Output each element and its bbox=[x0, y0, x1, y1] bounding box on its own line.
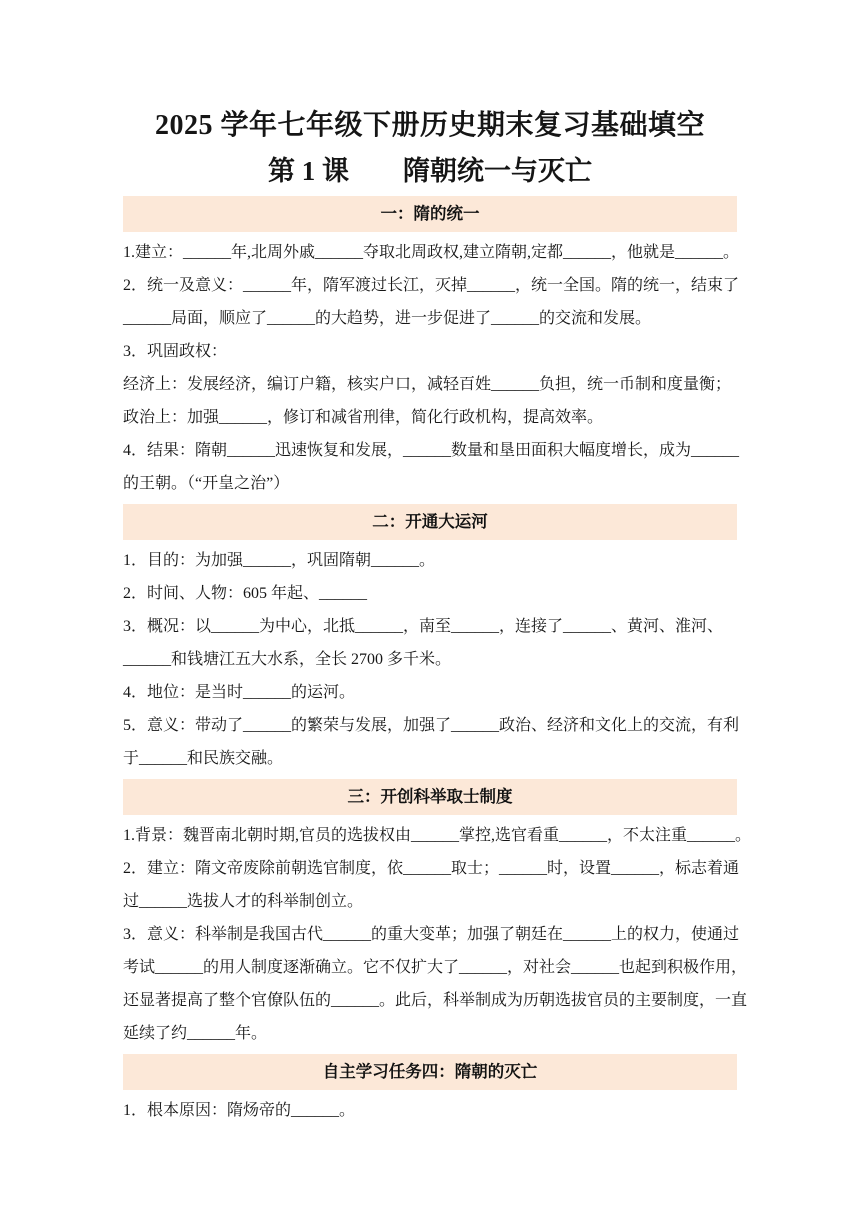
section-header-imperial-exam: 三：开创科举取士制度 bbox=[123, 779, 737, 815]
text-line: 1．目的：为加强______，巩固隋朝______。 bbox=[123, 544, 737, 577]
section-header-sui-fall: 自主学习任务四：隋朝的灭亡 bbox=[123, 1054, 737, 1090]
text-line: 延续了约______年。 bbox=[123, 1017, 737, 1050]
section-header-grand-canal: 二：开通大运河 bbox=[123, 504, 737, 540]
text-line: 1.背景：魏晋南北朝时期,官员的选拔权由______掌控,选官看重______，… bbox=[123, 819, 737, 852]
text-line: 过______选拔人才的科举制创立。 bbox=[123, 885, 737, 918]
section-header-sui-unification: 一：隋的统一 bbox=[123, 196, 737, 232]
text-line: 2．建立：隋文帝废除前朝选官制度，依______取士；______时，设置___… bbox=[123, 852, 737, 885]
page-title: 2025 学年七年级下册历史期末复习基础填空 bbox=[123, 104, 737, 148]
text-line: 5．意义：带动了______的繁荣与发展，加强了______政治、经济和文化上的… bbox=[123, 709, 737, 742]
text-line: 3．概况：以______为中心，北抵______，南至______，连接了___… bbox=[123, 610, 737, 643]
text-line: 3．巩固政权： bbox=[123, 335, 737, 368]
text-line: 还显著提高了整个官僚队伍的______。此后，科举制成为历朝选拔官员的主要制度，… bbox=[123, 984, 737, 1017]
page-subtitle: 第 1 课 隋朝统一与灭亡 bbox=[123, 148, 737, 194]
text-line: 4．结果：隋朝______迅速恢复和发展，______数量和垦田面积大幅度增长，… bbox=[123, 434, 737, 467]
text-line: 考试______的用人制度逐渐确立。它不仅扩大了______，对社会______… bbox=[123, 951, 737, 984]
section-body-imperial-exam: 1.背景：魏晋南北朝时期,官员的选拔权由______掌控,选官看重______，… bbox=[123, 815, 737, 1052]
text-line: 4．地位：是当时______的运河。 bbox=[123, 676, 737, 709]
text-line: 2．时间、人物：605 年起、______ bbox=[123, 577, 737, 610]
document-content: 2025 学年七年级下册历史期末复习基础填空 第 1 课 隋朝统一与灭亡 一：隋… bbox=[123, 104, 737, 1129]
document-page: 2025 学年七年级下册历史期末复习基础填空 第 1 课 隋朝统一与灭亡 一：隋… bbox=[0, 0, 860, 1216]
text-line: 1.建立：______年,北周外戚______夺取北周政权,建立隋朝,定都___… bbox=[123, 236, 737, 269]
text-line: ______和钱塘江五大水系，全长 2700 多千米。 bbox=[123, 643, 737, 676]
section-body-sui-unification: 1.建立：______年,北周外戚______夺取北周政权,建立隋朝,定都___… bbox=[123, 232, 737, 502]
text-line: 3．意义：科举制是我国古代______的重大变革；加强了朝廷在______上的权… bbox=[123, 918, 737, 951]
text-line: 政治上：加强______，修订和减省刑律，简化行政机构，提高效率。 bbox=[123, 401, 737, 434]
text-line: 1．根本原因：隋炀帝的______。 bbox=[123, 1094, 737, 1127]
text-line: ______局面，顺应了______的大趋势，进一步促进了______的交流和发… bbox=[123, 302, 737, 335]
text-line: 于______和民族交融。 bbox=[123, 742, 737, 775]
text-line: 的王朝。（“开皇之治”） bbox=[123, 467, 737, 500]
section-body-sui-fall: 1．根本原因：隋炀帝的______。 bbox=[123, 1090, 737, 1129]
section-body-grand-canal: 1．目的：为加强______，巩固隋朝______。 2．时间、人物：605 年… bbox=[123, 540, 737, 777]
text-line: 2．统一及意义：______年，隋军渡过长江，灭掉______，统一全国。隋的统… bbox=[123, 269, 737, 302]
text-line: 经济上：发展经济，编订户籍，核实户口，减轻百姓______负担，统一币制和度量衡… bbox=[123, 368, 737, 401]
